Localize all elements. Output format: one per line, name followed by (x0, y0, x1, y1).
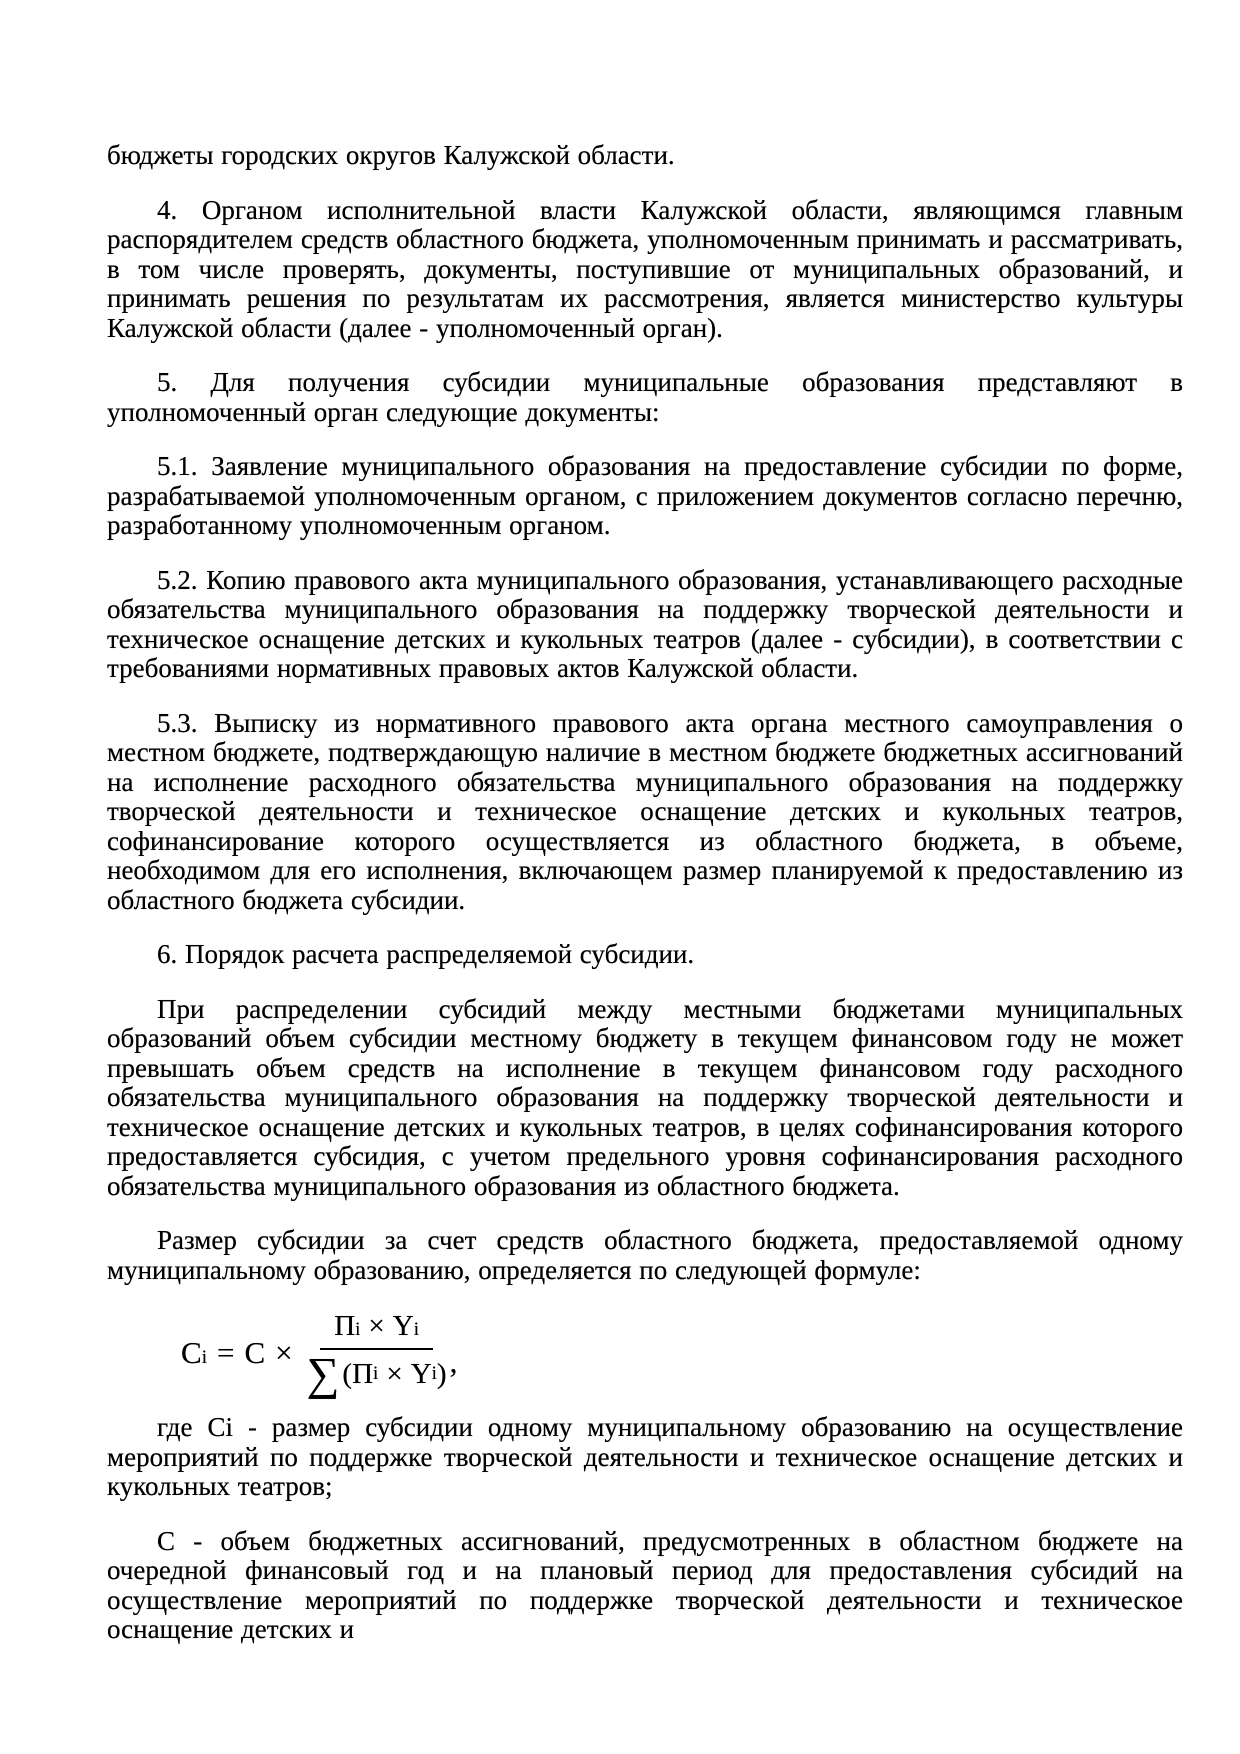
paragraph-6-heading: 6. Порядок расчета распределяемой субсид… (107, 940, 1183, 970)
paragraph-5-3: 5.3. Выписку из нормативного правового а… (107, 709, 1183, 916)
document-page: бюджеты городских округов Калужской обла… (0, 0, 1240, 1754)
formula-numerator: Пi×Yi (320, 1310, 433, 1350)
numerator-multiply-sign: × (368, 1310, 384, 1343)
paragraph-5-1: 5.1. Заявление муниципального образовани… (107, 452, 1183, 541)
formula-result-symbol: C (181, 1335, 202, 1371)
paragraph-6-body: При распределении субсидий между местным… (107, 995, 1183, 1202)
paragraph-formula-intro: Размер субсидии за счет средств областно… (107, 1226, 1183, 1285)
formula-denominator: ∑(Пi×Yi) (307, 1350, 447, 1395)
denominator-close-paren: ) (437, 1358, 447, 1391)
paragraph-definition-ci: где Ci - размер субсидии одному муниципа… (107, 1413, 1183, 1502)
formula-left-side: Ci=C× (181, 1335, 303, 1371)
denominator-term1: П (352, 1358, 373, 1391)
denominator-term1-subscript: i (373, 1363, 378, 1385)
paragraph-continuation: бюджеты городских округов Калужской обла… (107, 141, 1183, 171)
denominator-open-paren: ( (342, 1358, 352, 1391)
numerator-term1: П (334, 1310, 355, 1343)
numerator-term2: Y (393, 1310, 414, 1343)
formula-trailing-comma: , (450, 1344, 458, 1380)
formula-total-symbol: C (244, 1335, 265, 1371)
equals-sign: = (217, 1335, 234, 1371)
subsidy-formula: Ci=C× Пi×Yi ∑(Пi×Yi) , (181, 1310, 1183, 1395)
summation-sign: ∑ (307, 1353, 340, 1395)
multiply-sign: × (275, 1335, 292, 1371)
formula-result-subscript: i (202, 1347, 207, 1369)
numerator-term2-subscript: i (414, 1319, 419, 1341)
paragraph-4: 4. Органом исполнительной власти Калужск… (107, 196, 1183, 344)
numerator-term1-subscript: i (355, 1319, 360, 1341)
paragraph-5-2: 5.2. Копию правового акта муниципального… (107, 566, 1183, 684)
formula-fraction: Пi×Yi ∑(Пi×Yi) (307, 1310, 447, 1395)
paragraph-definition-c: С - объем бюджетных ассигнований, предус… (107, 1527, 1183, 1645)
paragraph-5: 5. Для получения субсидии муниципальные … (107, 368, 1183, 427)
denominator-multiply-sign: × (386, 1358, 402, 1391)
denominator-term2: Y (411, 1358, 432, 1391)
